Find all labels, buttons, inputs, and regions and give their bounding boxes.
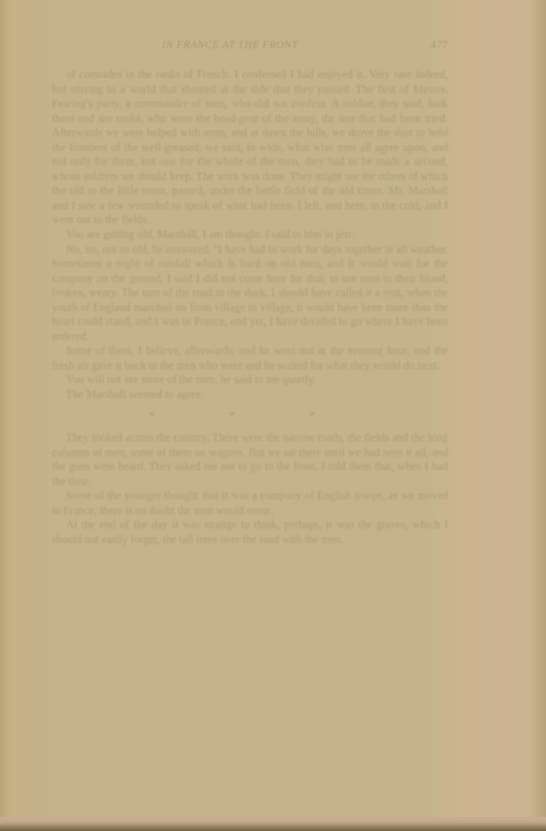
- paragraph: You are getting old, Marshall, I am thou…: [52, 228, 448, 243]
- paragraph: Some of the younger thought that it was …: [52, 489, 448, 518]
- running-head: IN FRANCE AT THE FRONT: [162, 40, 298, 51]
- paragraph: Some of them, I believe, afterwards, and…: [52, 344, 448, 373]
- page-body: of comrades in the ranks of French. I co…: [52, 68, 448, 548]
- paragraph: of comrades in the ranks of French. I co…: [52, 68, 448, 228]
- page-bottom-edge: [0, 817, 546, 831]
- page-number: 477: [431, 40, 448, 51]
- paragraph: No, no, not so old, he answered. "I have…: [52, 243, 448, 345]
- paragraph: They looked across the country. There we…: [52, 431, 448, 489]
- section-break: * * *: [52, 409, 448, 424]
- scanned-book-page: IN FRANCE AT THE FRONT 477 of comrades i…: [0, 0, 546, 831]
- paragraph: The Marshall seemed to agree.: [52, 388, 448, 403]
- paragraph: You will not see more of the men, he sai…: [52, 373, 448, 388]
- page-header: IN FRANCE AT THE FRONT 477: [52, 40, 448, 56]
- paragraph: At the end of the day it was strange to …: [52, 518, 448, 547]
